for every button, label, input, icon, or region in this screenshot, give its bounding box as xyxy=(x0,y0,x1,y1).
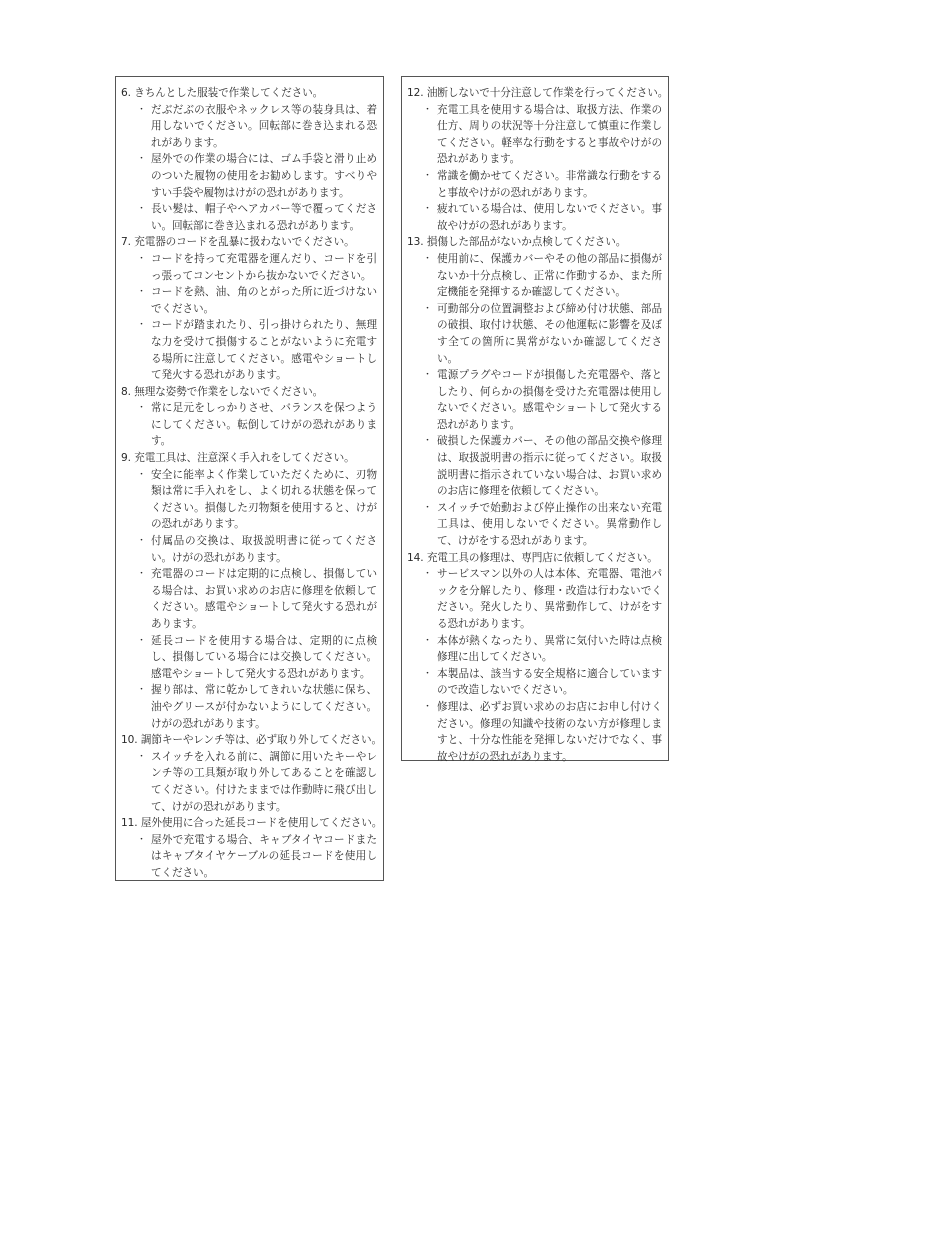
instruction-item: 13. 損傷した部品がないか点検してください。使用前に、保護カバーやその他の部品… xyxy=(407,234,662,549)
instruction-item: 7. 充電器のコードを乱暴に扱わないでください。コードを持って充電器を運んだり、… xyxy=(121,234,377,383)
bullet-list: 常に足元をしっかりさせ、バランスを保つようにしてください。転倒してけがの恐れがあ… xyxy=(121,400,377,450)
bullet-text: コードが踏まれたり、引っ掛けられたり、無理な力を受けて損傷することがないように充… xyxy=(141,317,377,383)
instruction-item: 10. 調節キーやレンチ等は、必ず取り外してください。スイッチを入れる前に、調節… xyxy=(121,732,377,815)
bullet-text: 使用前に、保護カバーやその他の部品に損傷がないか十分点検し、正常に作動するか、ま… xyxy=(427,251,662,301)
instruction-heading: 6. きちんとした服装で作業してください。 xyxy=(121,85,377,102)
instruction-number: 8. xyxy=(121,384,131,401)
instruction-title: 損傷した部品がないか点検してください。 xyxy=(427,236,626,248)
bullet-text: 本体が熱くなったり、異常に気付いた時は点検修理に出してください。 xyxy=(427,633,662,666)
instruction-title: 充電工具の修理は、専門店に依頼してください。 xyxy=(427,552,658,564)
instruction-title: きちんとした服装で作業してください。 xyxy=(134,87,323,99)
instruction-item: 8. 無理な姿勢で作業をしないでください。常に足元をしっかりさせ、バランスを保つ… xyxy=(121,384,377,450)
bullet-text: 常に足元をしっかりさせ、バランスを保つようにしてください。転倒してけがの恐れがあ… xyxy=(141,400,377,450)
instruction-heading: 13. 損傷した部品がないか点検してください。 xyxy=(407,234,662,251)
instruction-title: 無理な姿勢で作業をしないでください。 xyxy=(134,386,323,398)
bullet-text: 屋外で充電する場合、キャブタイヤコードまたはキャブタイヤケーブルの延長コードを使… xyxy=(141,832,377,882)
bullet-text: スイッチで始動および停止操作の出来ない充電工具は、使用しないでください。異常動作… xyxy=(427,500,662,550)
bullet-text: だぶだぶの衣服やネックレス等の装身具は、着用しないでください。回転部に巻き込まれ… xyxy=(141,102,377,152)
instruction-heading: 11. 屋外使用に合った延長コードを使用してください。 xyxy=(121,815,377,832)
instruction-item: 6. きちんとした服装で作業してください。だぶだぶの衣服やネックレス等の装身具は… xyxy=(121,85,377,234)
bullet-text: コードを持って充電器を運んだり、コードを引っ張ってコンセントから抜かないでくださ… xyxy=(141,251,377,284)
instruction-number: 12. xyxy=(407,85,424,102)
bullet-text: サービスマン以外の人は本体、充電器、電池パックを分解したり、修理・改造は行わない… xyxy=(427,566,662,632)
instruction-item: 11. 屋外使用に合った延長コードを使用してください。屋外で充電する場合、キャブ… xyxy=(121,815,377,881)
bullet-list: 使用前に、保護カバーやその他の部品に損傷がないか十分点検し、正常に作動するか、ま… xyxy=(407,251,662,550)
bullet-text: 付属品の交換は、取扱説明書に従ってください。けがの恐れがあります。 xyxy=(141,533,377,566)
safety-instructions-left-column: 6. きちんとした服装で作業してください。だぶだぶの衣服やネックレス等の装身具は… xyxy=(115,76,384,881)
bullet-text: スイッチを入れる前に、調節に用いたキーやレンチ等の工具類が取り外してあることを確… xyxy=(141,749,377,815)
bullet-text: 本製品は、該当する安全規格に適合していますので改造しないでください。 xyxy=(427,666,662,699)
instruction-number: 9. xyxy=(121,450,131,467)
bullet-text: 握り部は、常に乾かしてきれいな状態に保ち、油やグリースが付かないようにしてくださ… xyxy=(141,682,377,732)
instruction-item: 14. 充電工具の修理は、専門店に依頼してください。サービスマン以外の人は本体、… xyxy=(407,550,662,766)
instruction-title: 屋外使用に合った延長コードを使用してください。 xyxy=(141,817,382,829)
instruction-number: 6. xyxy=(121,85,131,102)
bullet-list: だぶだぶの衣服やネックレス等の装身具は、着用しないでください。回転部に巻き込まれ… xyxy=(121,102,377,235)
bullet-list: 屋外で充電する場合、キャブタイヤコードまたはキャブタイヤケーブルの延長コードを使… xyxy=(121,832,377,882)
instruction-title: 油断しないで十分注意して作業を行ってください。 xyxy=(427,87,668,99)
instruction-title: 調節キーやレンチ等は、必ず取り外してください。 xyxy=(141,734,382,746)
bullet-text: 可動部分の位置調整および締め付け状態、部品の破損、取付け状態、その他運転に影響を… xyxy=(427,301,662,367)
bullet-text: 延長コードを使用する場合は、定期的に点検し、損傷している場合には交換してください… xyxy=(141,633,377,683)
bullet-list: 安全に能率よく作業していただくために、刃物類は常に手入れをし、よく切れる状態を保… xyxy=(121,467,377,733)
bullet-list: スイッチを入れる前に、調節に用いたキーやレンチ等の工具類が取り外してあることを確… xyxy=(121,749,377,815)
bullet-text: 充電器のコードは定期的に点検し、損傷している場合は、お買い求めのお店に修理を依頼… xyxy=(141,566,377,632)
bullet-text: コードを熱、油、角のとがった所に近づけないでください。 xyxy=(141,284,377,317)
instruction-number: 13. xyxy=(407,234,424,251)
instruction-heading: 7. 充電器のコードを乱暴に扱わないでください。 xyxy=(121,234,377,251)
instruction-heading: 10. 調節キーやレンチ等は、必ず取り外してください。 xyxy=(121,732,377,749)
instruction-number: 7. xyxy=(121,234,131,251)
bullet-list: コードを持って充電器を運んだり、コードを引っ張ってコンセントから抜かないでくださ… xyxy=(121,251,377,384)
instruction-title: 充電器のコードを乱暴に扱わないでください。 xyxy=(134,236,354,248)
safety-instructions-right-column: 12. 油断しないで十分注意して作業を行ってください。充電工具を使用する場合は、… xyxy=(401,76,669,761)
instruction-heading: 9. 充電工具は、注意深く手入れをしてください。 xyxy=(121,450,377,467)
instruction-item: 9. 充電工具は、注意深く手入れをしてください。安全に能率よく作業していただくた… xyxy=(121,450,377,732)
bullet-list: 充電工具を使用する場合は、取扱方法、作業の仕方、周りの状況等十分注意して慎重に作… xyxy=(407,102,662,235)
instruction-title: 充電工具は、注意深く手入れをしてください。 xyxy=(134,452,354,464)
instruction-item: 12. 油断しないで十分注意して作業を行ってください。充電工具を使用する場合は、… xyxy=(407,85,662,234)
instruction-number: 11. xyxy=(121,815,138,832)
bullet-list: サービスマン以外の人は本体、充電器、電池パックを分解したり、修理・改造は行わない… xyxy=(407,566,662,765)
instruction-heading: 14. 充電工具の修理は、専門店に依頼してください。 xyxy=(407,550,662,567)
instruction-number: 14. xyxy=(407,550,424,567)
instruction-number: 10. xyxy=(121,732,138,749)
bullet-text: 安全に能率よく作業していただくために、刃物類は常に手入れをし、よく切れる状態を保… xyxy=(141,467,377,533)
bullet-text: 充電工具を使用する場合は、取扱方法、作業の仕方、周りの状況等十分注意して慎重に作… xyxy=(427,102,662,168)
bullet-text: 破損した保護カバー、その他の部品交換や修理は、取扱説明書の指示に従ってください。… xyxy=(427,433,662,499)
instruction-heading: 8. 無理な姿勢で作業をしないでください。 xyxy=(121,384,377,401)
bullet-text: 疲れている場合は、使用しないでください。事故やけがの恐れがあります。 xyxy=(427,201,662,234)
bullet-text: 常識を働かせてください。非常識な行動をすると事故やけがの恐れがあります。 xyxy=(427,168,662,201)
bullet-text: 修理は、必ずお買い求めのお店にお申し付けください。修理の知識や技術のない方が修理… xyxy=(427,699,662,765)
bullet-text: 屋外での作業の場合には、ゴム手袋と滑り止めのついた履物の使用をお勧めします。すべ… xyxy=(141,151,377,201)
instruction-heading: 12. 油断しないで十分注意して作業を行ってください。 xyxy=(407,85,662,102)
bullet-text: 長い髪は、帽子やヘアカバー等で覆ってください。回転部に巻き込まれる恐れがあります… xyxy=(141,201,377,234)
bullet-text: 電源プラグやコードが損傷した充電器や、落としたり、何らかの損傷を受けた充電器は使… xyxy=(427,367,662,433)
